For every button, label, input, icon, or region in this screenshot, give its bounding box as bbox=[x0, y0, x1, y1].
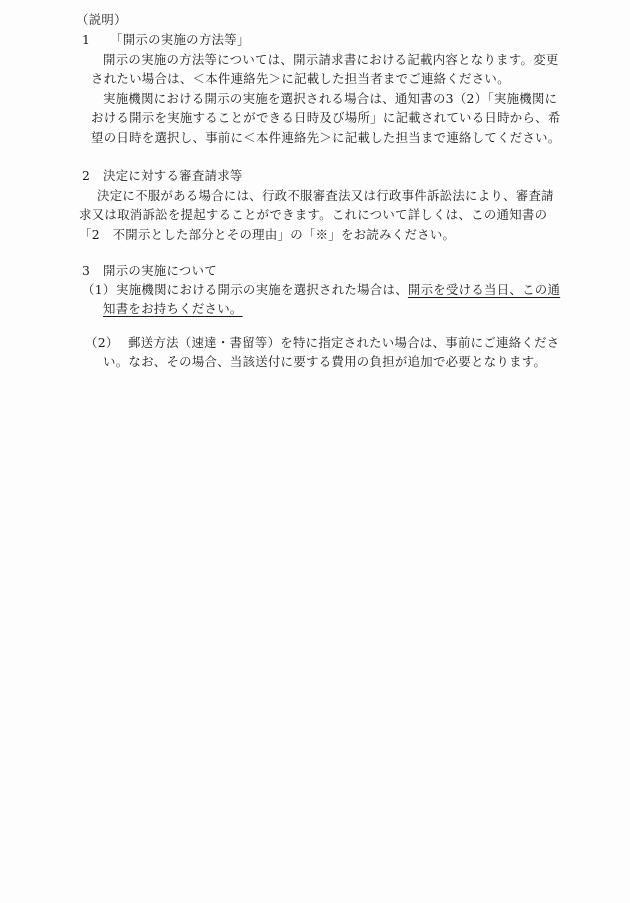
section-1-para-2-line-3: 望の日時を選択し、事前に＜本件連絡先＞に記載した担当まで連絡してください。 bbox=[91, 130, 561, 146]
explanation-heading: （説明） bbox=[76, 12, 127, 28]
section-3-item-1-label: （1） bbox=[82, 282, 116, 298]
section-1-title: 「開示の実施の方法等」 bbox=[110, 32, 250, 48]
section-3-item-2-line-2: い。なお、その場合、当該送付に要する費用の負担が追加で必要となります。 bbox=[103, 354, 546, 370]
section-2-para-line-3: 「2 不開示とした部分とその理由」の「※」をお読みください。 bbox=[79, 227, 455, 243]
section-1-para-2-line-1: 実施機関における開示の実施を選択される場合は、通知書の3（2）「実施機関に bbox=[103, 91, 557, 107]
section-3-item-1-line-1: 実施機関における開示の実施を選択された場合は、開示を受ける当日、この通 bbox=[116, 282, 560, 298]
section-1-para-2-line-2: おける開示を実施することができる日時及び場所」に記載されている日時から、希 bbox=[91, 110, 561, 126]
section-3-item-1-line-2: 知書をお持ちください。 bbox=[103, 301, 243, 317]
document-page: （説明） 1 「開示の実施の方法等」 開示の実施の方法等については、開示請求書に… bbox=[0, 0, 630, 903]
section-3-item-1-text: 実施機関における開示の実施を選択された場合は、 bbox=[116, 282, 408, 297]
section-1-para-1-line-1: 開示の実施の方法等については、開示請求書における記載内容となります。変更 bbox=[103, 52, 559, 68]
section-3-item-2-line-1: 郵送方法（速達・書留等）を特に指定されたい場合は、事前にご連絡くださ bbox=[128, 335, 559, 351]
section-3-item-2-label: （2） bbox=[85, 335, 119, 351]
section-2-number: 2 bbox=[82, 168, 90, 184]
section-2-para-line-2: 求又は取消訴訟を提起することができます。これについて詳しくは、この通知書の bbox=[79, 207, 547, 223]
section-2-title: 決定に対する審査請求等 bbox=[103, 168, 243, 184]
section-1-number: 1 bbox=[82, 32, 90, 48]
section-2-para-line-1: 決定に不服がある場合には、行政不服審査法又は行政事件訴訟法により、審査請 bbox=[97, 188, 554, 204]
section-1-para-1-line-2: されたい場合は、＜本件連絡先＞に記載した担当者までご連絡ください。 bbox=[91, 71, 510, 87]
section-3-number: 3 bbox=[82, 263, 90, 279]
section-3-item-1-underlined-text: 開示を受ける当日、この通 bbox=[408, 282, 560, 297]
section-3-title: 開示の実施について bbox=[103, 263, 217, 279]
